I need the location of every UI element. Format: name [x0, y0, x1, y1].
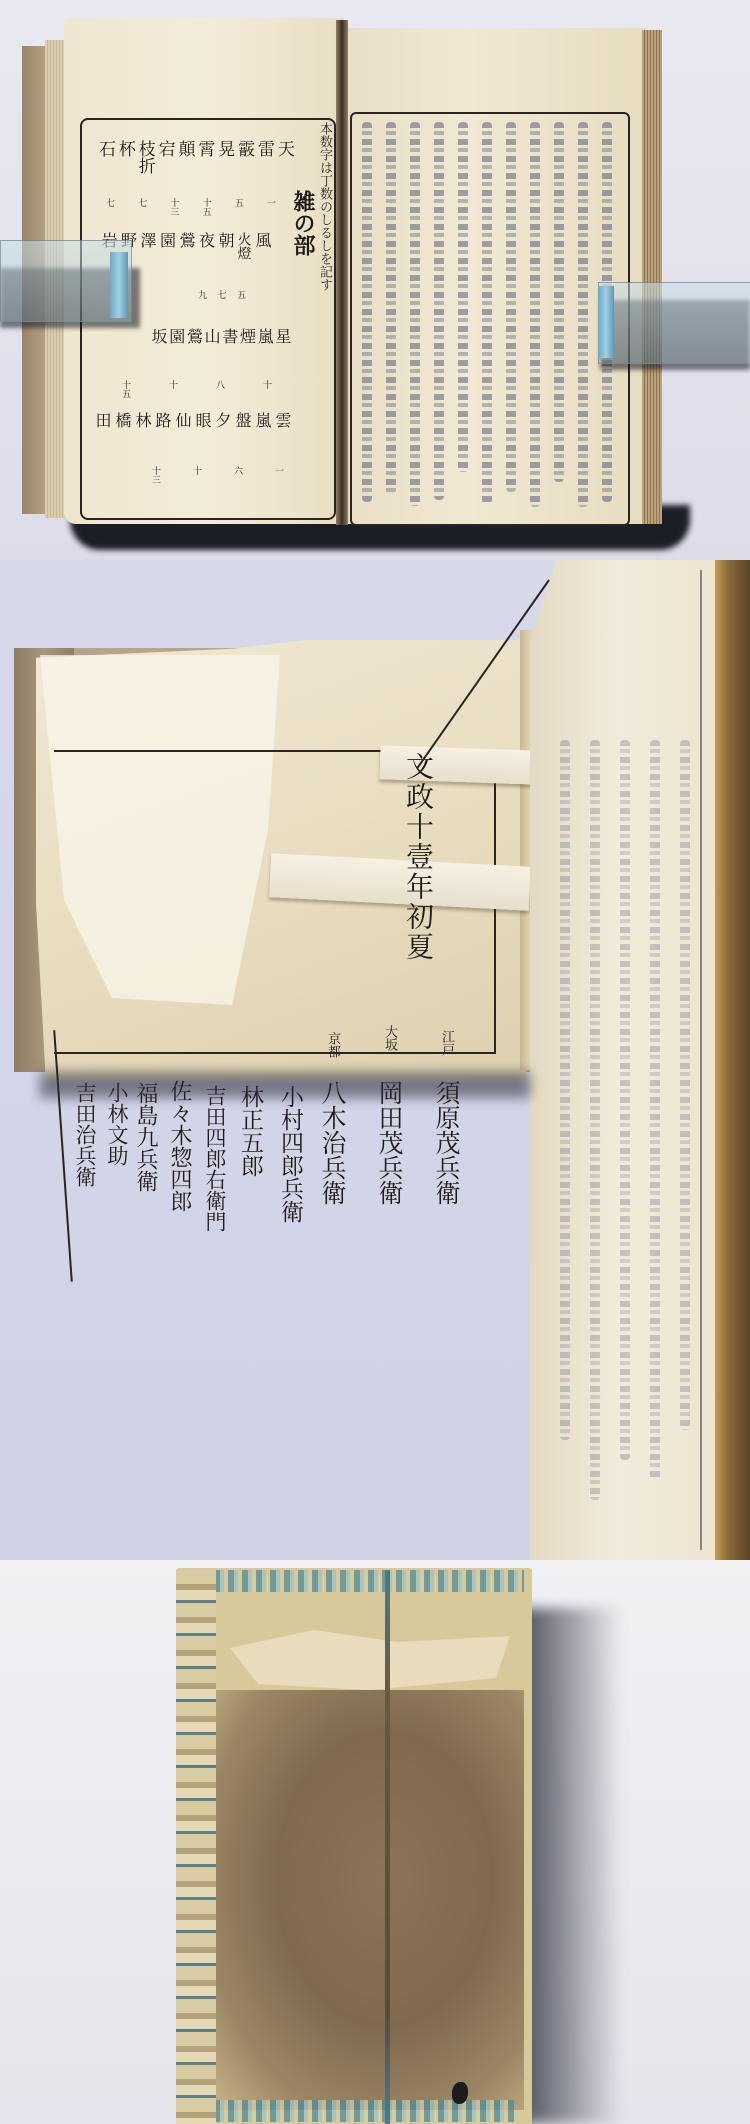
index-row-1: 天 雷 霰 晃 霄 顛 宕 枝折 杯 石 — [96, 140, 292, 174]
colophon-date: 文政十壹年初夏 — [404, 752, 432, 962]
publisher-name: 八木治兵衛 — [320, 1080, 345, 1205]
index-row-3: 星 嵐 煙 書 山 鶯 園 坂 — [150, 328, 290, 344]
page-stack-right — [642, 30, 662, 524]
publisher-name: 岡田茂兵衛 — [377, 1080, 402, 1205]
index-header-column: 本数字は丁数のしるしを記す — [318, 122, 331, 291]
publisher-name: 小村四郎兵衛 — [278, 1085, 301, 1223]
cover-brown-area — [214, 1690, 524, 2110]
index-row-4: 雲 嵐 盤 夕 眼 仙 路 林 橋 田 — [94, 412, 290, 428]
cover-pattern-bottom — [214, 2100, 514, 2122]
facing-page-border-right — [700, 570, 702, 1550]
cover-stain — [452, 2082, 468, 2104]
cover-pattern-top — [214, 1570, 524, 1592]
cover-seam — [385, 1570, 390, 2124]
photo-open-book-index: 本数字は丁数のしるしを記す 雑の部 天 雷 霰 晃 霄 顛 宕 枝折 杯 石 一… — [0, 0, 750, 560]
publisher-name: 須原茂兵衛 — [434, 1080, 459, 1205]
index-numbers-row-2: 五 七 九 — [196, 290, 244, 299]
glass-weight-left-edge — [110, 252, 128, 318]
photo-back-cover — [0, 1560, 750, 2124]
publisher-name: 吉田四郎右衛門 — [204, 1085, 225, 1232]
index-numbers-row-4: 一 六 十 十三 — [150, 466, 282, 484]
publisher-city-osaka: 大坂 — [383, 1025, 396, 1051]
glass-weight-right — [598, 282, 750, 364]
publisher-name: 福島九兵衛 — [134, 1082, 156, 1192]
book-shadow — [40, 1072, 530, 1098]
publisher-name: 佐々木惣四郎 — [168, 1080, 190, 1212]
publisher-city-kyoto: 京都 — [326, 1032, 339, 1058]
publisher-city-edo: 江戸 — [440, 1030, 453, 1056]
glass-weight-right-edge — [598, 286, 614, 358]
book-gutter — [336, 20, 348, 525]
index-section-title: 雑の部 — [292, 190, 314, 256]
publisher-name: 林正五郎 — [238, 1085, 261, 1177]
index-numbers-row-3: 十 八 十 十五 — [120, 380, 270, 398]
right-page-cursive-text — [362, 122, 612, 512]
photo-colophon: 文政十壹年初夏 江戸 須原茂兵衛 大坂 岡田茂兵衛 京都 八木治兵衛 小村四郎兵… — [0, 560, 750, 1560]
book-spine-binding — [176, 1570, 216, 2124]
facing-page-stack — [715, 560, 750, 1560]
index-numbers-row-1: 一 五 十五 十三 七 七 — [104, 198, 274, 216]
facing-page-showthrough-text — [560, 740, 690, 1520]
